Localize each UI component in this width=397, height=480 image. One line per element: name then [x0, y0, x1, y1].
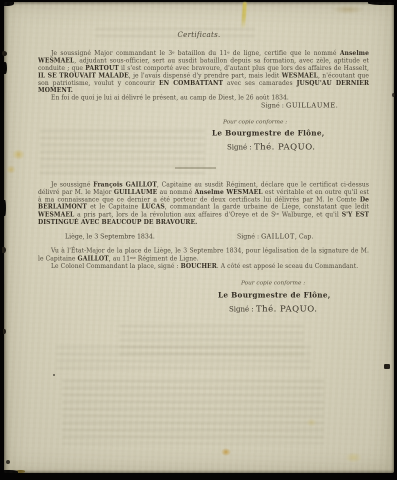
- signature-name: Thé. PAQUO.: [254, 142, 315, 152]
- certificate-captain-body: Je soussigné François GAILLOT, Capitaine…: [38, 181, 369, 226]
- document-page: Certificats. Je soussigné Major commanda…: [4, 2, 394, 473]
- section-divider: [175, 168, 216, 169]
- typeset-content: Certificats. Je soussigné Major commanda…: [4, 2, 394, 473]
- certificate-major-body: Je soussigné Major commandant le 3e bata…: [38, 49, 369, 94]
- scanned-document-screenshot: { "colors": { "scan_background": "#07060…: [0, 0, 397, 480]
- pour-copie-conforme-1: Pour copie conforme :: [223, 118, 287, 125]
- legalisation-paragraph: Vu à l'État-Major de la place de Liège, …: [38, 247, 369, 270]
- signature-prefix: Signé :: [229, 306, 256, 314]
- bourgmestre-title-2: Le Bourgmestre de Flône,: [218, 291, 331, 300]
- signature-prefix: Signé :: [227, 144, 254, 152]
- certificate-major-paragraph: Je soussigné Major commandant le 3e bata…: [38, 49, 369, 101]
- signature-name: GUILLAUME.: [286, 102, 339, 110]
- certificate-major-closing: En foi de quoi je lui ai délivré le prés…: [38, 94, 369, 101]
- document-title: Certificats.: [4, 31, 394, 39]
- signature-suffix: , Cap.: [295, 233, 313, 241]
- signature-guillaume: Signé : GUILLAUME.: [261, 102, 339, 110]
- signature-paquo-2: Signé : Thé. PAQUO.: [229, 304, 317, 314]
- signature-name: GAILLOT: [261, 233, 295, 241]
- bourgmestre-title-1: Le Bourgmestre de Flône,: [212, 129, 325, 138]
- place-date: Liège, le 3 Septembre 1834.: [65, 233, 155, 241]
- signature-prefix: Signé :: [237, 233, 261, 241]
- signature-name: Thé. PAQUO.: [256, 304, 317, 314]
- certificate-captain-paragraph: Je soussigné François GAILLOT, Capitaine…: [38, 181, 369, 226]
- legalisation-line-1: Vu à l'État-Major de la place de Liège, …: [38, 247, 369, 262]
- signature-gaillot: Signé : GAILLOT, Cap.: [237, 233, 313, 241]
- signature-prefix: Signé :: [261, 102, 286, 110]
- pour-copie-conforme-2: Pour copie conforme :: [241, 279, 305, 286]
- signature-paquo-1: Signé : Thé. PAQUO.: [227, 142, 315, 152]
- legalisation-line-2: Le Colonel Commandant la place, signé : …: [38, 262, 369, 269]
